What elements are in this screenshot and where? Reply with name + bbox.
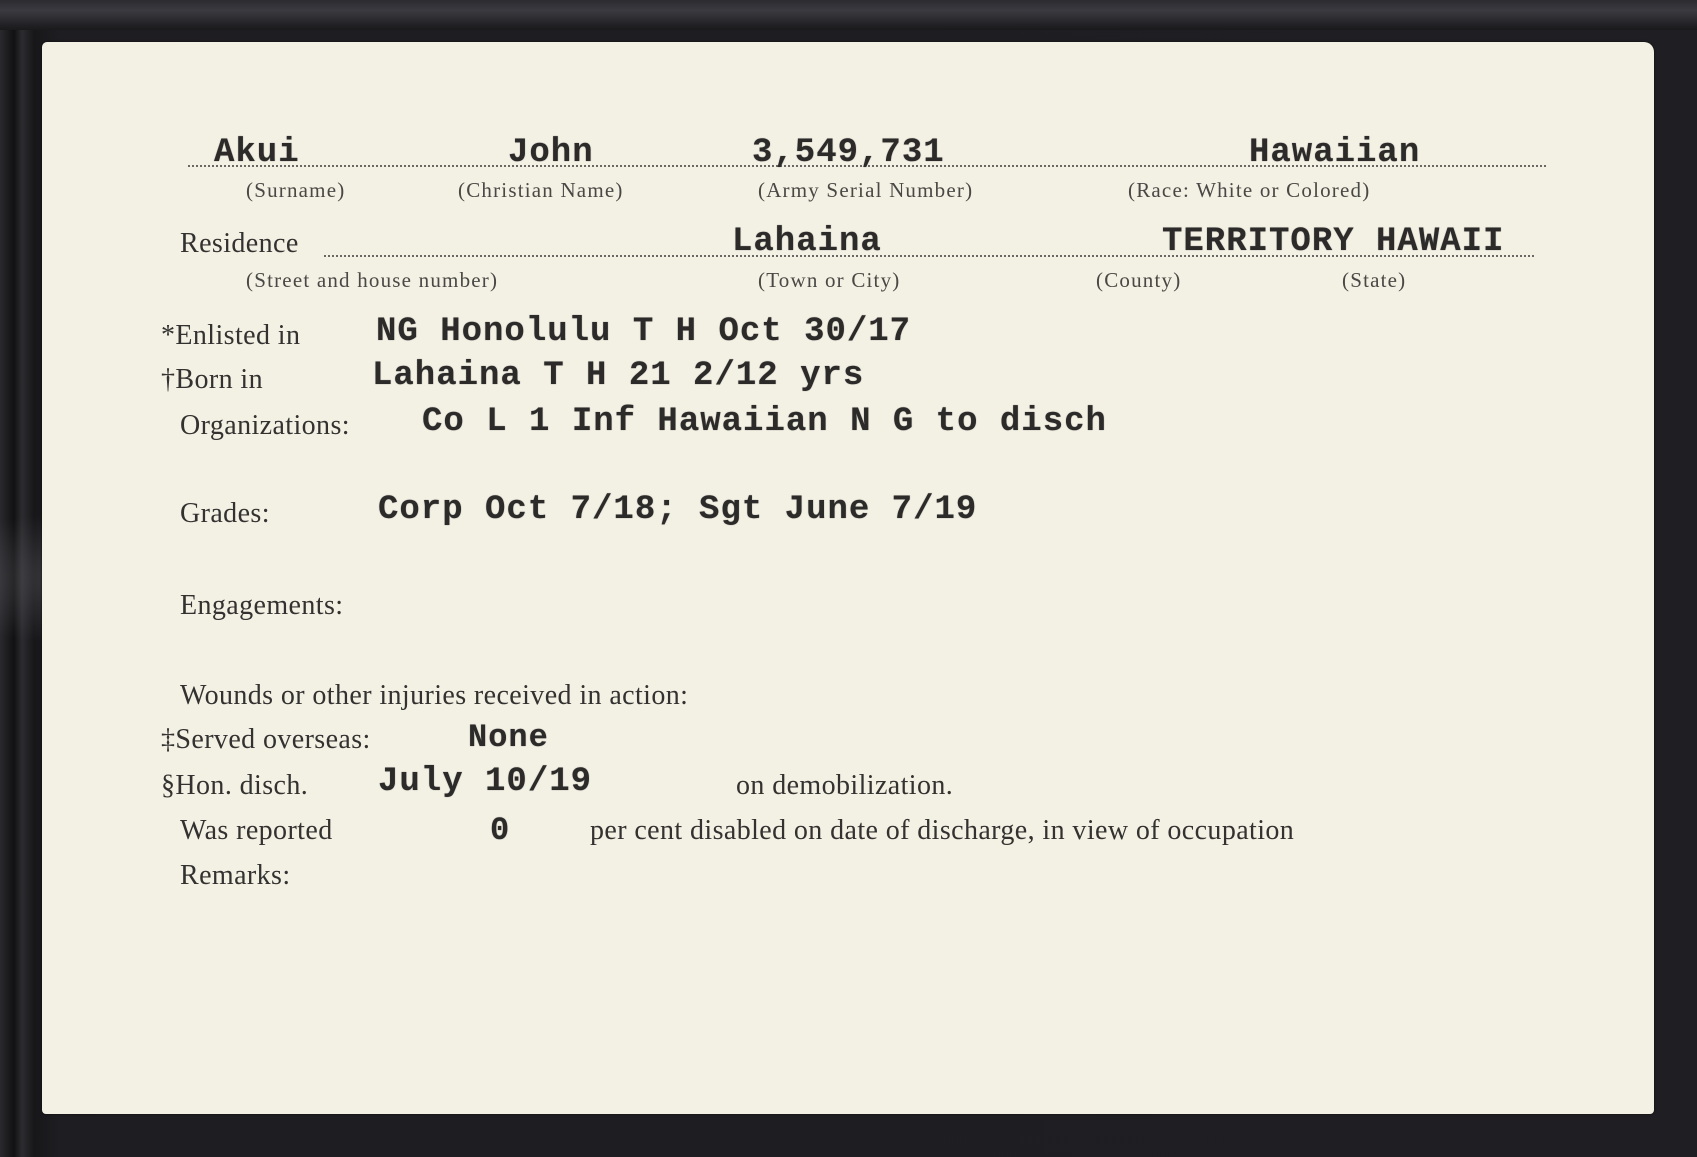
town-caption: (Town or City) — [758, 268, 900, 293]
race-caption: (Race: White or Colored) — [1128, 178, 1370, 203]
grades-value: Corp Oct 7/18; Sgt June 7/19 — [378, 491, 977, 529]
remarks-label: Remarks: — [180, 860, 291, 892]
disability-label: Was reported — [180, 815, 333, 847]
state-caption: (State) — [1342, 268, 1406, 293]
christian-name-caption: (Christian Name) — [458, 178, 624, 203]
army-serial-number-caption: (Army Serial Number) — [758, 178, 973, 203]
hon-disch-suffix: on demobilization. — [736, 770, 953, 802]
hon-disch-value: July 10/19 — [378, 763, 592, 801]
army-serial-number-value: 3,549,731 — [752, 134, 945, 172]
grades-label: Grades: — [180, 498, 270, 530]
binder-frame-top — [0, 0, 1697, 30]
engagements-label: Engagements: — [180, 590, 343, 622]
born-value: Lahaina T H 21 2/12 yrs — [372, 357, 864, 395]
residence-label: Residence — [180, 228, 299, 260]
service-record-card: Akui John 3,549,731 Hawaiian (Surname) (… — [42, 42, 1654, 1114]
served-overseas-label: ‡Served overseas: — [161, 724, 371, 756]
organizations-label: Organizations: — [180, 410, 350, 442]
organizations-value: Co L 1 Inf Hawaiian N G to disch — [422, 403, 1107, 441]
disability-percent-value: 0 — [490, 812, 510, 849]
town-value: Lahaina — [732, 223, 882, 261]
disability-suffix: per cent disabled on date of discharge, … — [590, 815, 1294, 847]
enlisted-value: NG Honolulu T H Oct 30/17 — [376, 313, 911, 351]
served-overseas-value: None — [468, 719, 549, 756]
wounds-label: Wounds or other injuries received in act… — [180, 680, 688, 712]
surname-value: Akui — [214, 134, 300, 172]
county-caption: (County) — [1096, 268, 1181, 293]
county-state-value: TERRITORY HAWAII — [1162, 223, 1504, 261]
race-value: Hawaiian — [1249, 134, 1420, 172]
street-caption: (Street and house number) — [246, 268, 498, 293]
born-label: †Born in — [161, 364, 263, 396]
hon-disch-label: §Hon. disch. — [161, 770, 308, 802]
christian-name-value: John — [508, 134, 594, 172]
enlisted-label: *Enlisted in — [161, 320, 300, 352]
surname-caption: (Surname) — [246, 178, 345, 203]
